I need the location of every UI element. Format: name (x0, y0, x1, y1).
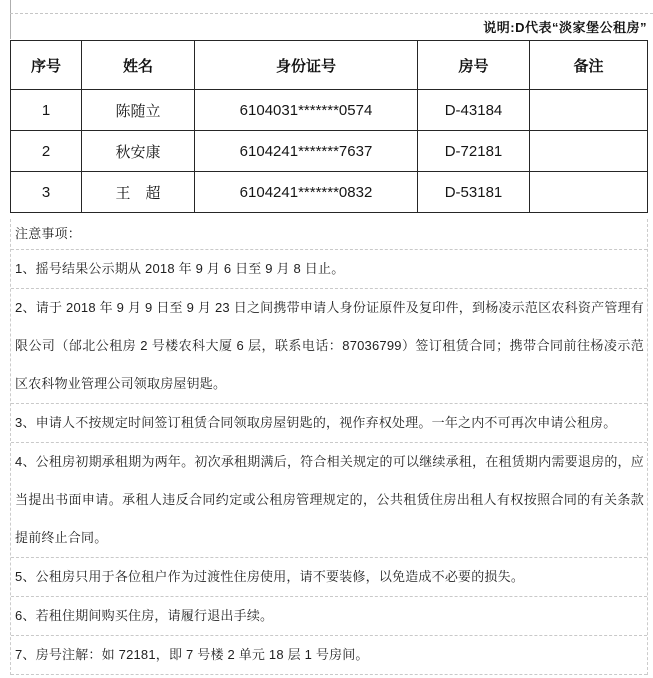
sheet-gridline-horizontal (10, 13, 653, 14)
column-header-room: 房号 (418, 41, 530, 90)
cell-id: 6104241*******7637 (195, 131, 418, 172)
cell-room: D-43184 (418, 90, 530, 131)
notice-item-7: 7、房号注解：如 72181，即 7 号楼 2 单元 18 层 1 号房间。 (11, 636, 647, 675)
table-row: 3 王 超 6104241*******0832 D-53181 (11, 172, 648, 213)
cell-id: 6104241*******0832 (195, 172, 418, 213)
notice-item-3: 3、申请人不按规定时间签订租赁合同领取房屋钥匙的，视作弃权处理。一年之内不可再次… (11, 404, 647, 443)
column-header-seq: 序号 (11, 41, 82, 90)
table-row: 1 陈随立 6104031*******0574 D-43184 (11, 90, 648, 131)
cell-remark (530, 131, 648, 172)
table-header-row: 序号 姓名 身份证号 房号 备注 (11, 41, 648, 90)
notice-item-2: 2、请于 2018 年 9 月 9 日至 9 月 23 日之间携带申请人身份证原… (11, 289, 647, 404)
notice-item-5: 5、公租房只用于各位租户作为过渡性住房使用，请不要装修，以免造成不必要的损失。 (11, 558, 647, 597)
cell-name: 王 超 (82, 172, 195, 213)
table-row: 2 秋安康 6104241*******7637 D-72181 (11, 131, 648, 172)
cell-room: D-72181 (418, 131, 530, 172)
cell-seq: 3 (11, 172, 82, 213)
column-header-id: 身份证号 (195, 41, 418, 90)
notices-section: 注意事项： 1、摇号结果公示期从 2018 年 9 月 6 日至 9 月 8 日… (10, 219, 648, 675)
cell-seq: 2 (11, 131, 82, 172)
cell-name: 秋安康 (82, 131, 195, 172)
notice-item-4: 4、公租房初期承租期为两年。初次承租期满后，符合相关规定的可以继续承租，在租赁期… (11, 443, 647, 558)
lottery-results-table: 序号 姓名 身份证号 房号 备注 1 陈随立 6104031*******057… (10, 40, 648, 213)
column-header-remark: 备注 (530, 41, 648, 90)
cell-name: 陈随立 (82, 90, 195, 131)
column-header-name: 姓名 (82, 41, 195, 90)
legend-note: 说明:D代表“淡家堡公租房” (483, 17, 647, 36)
cell-id: 6104031*******0574 (195, 90, 418, 131)
notices-title: 注意事项： (11, 219, 647, 250)
cell-remark (530, 90, 648, 131)
notice-item-6: 6、若租住期间购买住房，请履行退出手续。 (11, 597, 647, 636)
cell-remark (530, 172, 648, 213)
sheet-gridline-vertical (10, 0, 11, 39)
cell-room: D-53181 (418, 172, 530, 213)
cell-seq: 1 (11, 90, 82, 131)
notice-item-1: 1、摇号结果公示期从 2018 年 9 月 6 日至 9 月 8 日止。 (11, 250, 647, 289)
